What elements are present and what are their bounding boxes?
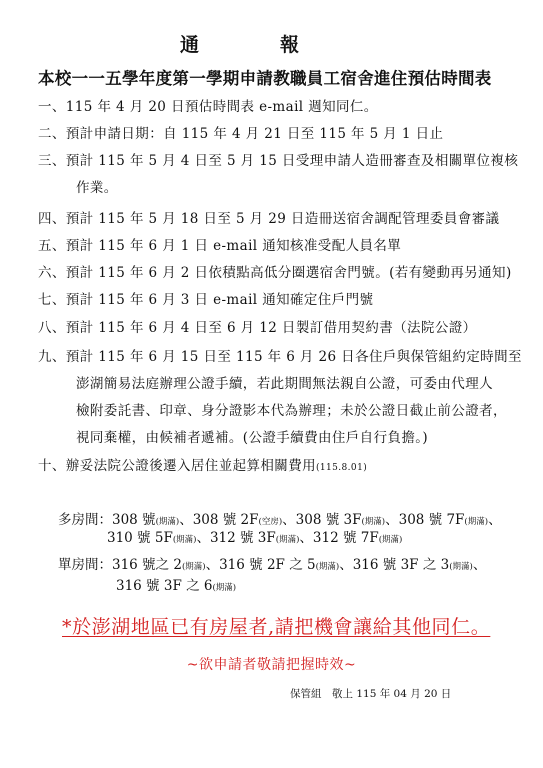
schedule-item-1: 一、115 年 4 月 20 日預估時間表 e-mail 週知同仁。 bbox=[38, 95, 378, 115]
single-room-line-2: 316 號 3F 之 6(期滿) bbox=[116, 574, 236, 594]
room-status: (期滿) bbox=[276, 535, 300, 545]
schedule-item-9: 九、預計 115 年 6 月 15 日至 115 年 6 月 26 日各住戶與保… bbox=[38, 345, 522, 365]
room: 、312 號 3F bbox=[196, 530, 275, 546]
schedule-item-9-cont-2: 檢附委託書、印章、身分證影本代為辦理；未於公證日截止前公證者， bbox=[76, 399, 507, 419]
room-status: (期滿) bbox=[182, 562, 206, 572]
red-notice: *於澎湖地區已有房屋者,請把機會讓給其他同仁。 bbox=[62, 612, 490, 639]
schedule-item-10-date: (115.8.01) bbox=[316, 463, 367, 473]
schedule-item-9-cont-1: 澎湖簡易法庭辦理公證手續，若此期間無法親自公證，可委由代理人 bbox=[76, 372, 493, 392]
notice-document: 通 報 本校一一五學年度第一學期申請教職員工宿舍進住預估時間表 一、115 年 … bbox=[0, 0, 543, 768]
multi-room-line-1: 多房間：308 號(期滿)、308 號 2F(空房)、308 號 3F(期滿)、… bbox=[58, 508, 502, 528]
room: 、316 號 3F 之 3 bbox=[339, 557, 449, 573]
room-status: (期滿) bbox=[449, 562, 473, 572]
room: 、312 號 7F bbox=[299, 530, 378, 546]
schedule-item-9-cont-3: 視同棄權，由候補者遞補。(公證手續費由住戶自行負擔。) bbox=[76, 426, 428, 446]
room-status: (期滿) bbox=[316, 562, 340, 572]
document-subtitle: 本校一一五學年度第一學期申請教職員工宿舍進住預估時間表 bbox=[38, 65, 492, 89]
schedule-item-2: 二、預計申請日期：自 115 年 4 月 21 日至 115 年 5 月 1 日… bbox=[38, 122, 443, 142]
red-notice-subtext: ~欲申請者敬請把握時效~ bbox=[0, 654, 543, 674]
single-room-line-1: 單房間：316 號之 2(期滿)、316 號 2F 之 5(期滿)、316 號 … bbox=[58, 553, 486, 573]
title-char-2: 報 bbox=[280, 30, 299, 57]
room-status: (期滿) bbox=[379, 535, 403, 545]
separator: 、 bbox=[488, 512, 502, 528]
room: 316 號之 2 bbox=[112, 557, 182, 573]
document-title: 通 報 bbox=[0, 30, 543, 54]
separator: 、 bbox=[473, 557, 487, 573]
room: 、316 號 2F 之 5 bbox=[206, 557, 316, 573]
signature-line: 保管組 敬上 115 年 04 月 20 日 bbox=[290, 686, 451, 701]
schedule-item-5: 五、預計 115 年 6 月 1 日 e-mail 通知核准受配人員名單 bbox=[38, 234, 401, 254]
multi-room-line-2: 310 號 5F(期滿)、312 號 3F(期滿)、312 號 7F(期滿) bbox=[107, 526, 402, 546]
room: 316 號 3F 之 6 bbox=[116, 578, 212, 594]
room-status: (期滿) bbox=[173, 535, 197, 545]
schedule-item-10: 十、辦妥法院公證後遷入居住並起算相關費用(115.8.01) bbox=[38, 454, 367, 474]
room-status: (期滿) bbox=[464, 517, 488, 527]
single-room-label: 單房間： bbox=[58, 557, 112, 573]
schedule-item-4: 四、預計 115 年 5 月 18 日至 5 月 29 日造冊送宿舍調配管理委員… bbox=[38, 207, 499, 227]
schedule-item-7: 七、預計 115 年 6 月 3 日 e-mail 通知確定住戶門號 bbox=[38, 288, 373, 308]
schedule-item-6: 六、預計 115 年 6 月 2 日依積點高低分圈選宿舍門號。(若有變動再另通知… bbox=[38, 261, 512, 281]
schedule-item-3: 三、預計 115 年 5 月 4 日至 5 月 15 日受理申請人造冊審查及相關… bbox=[38, 149, 518, 169]
schedule-item-8: 八、預計 115 年 6 月 4 日至 6 月 12 日製訂借用契約書（法院公證… bbox=[38, 316, 477, 336]
schedule-item-10-text: 十、辦妥法院公證後遷入居住並起算相關費用 bbox=[38, 458, 316, 474]
room: 310 號 5F bbox=[107, 530, 173, 546]
multi-room-label: 多房間： bbox=[58, 512, 112, 528]
title-char-1: 通 bbox=[180, 30, 199, 57]
schedule-item-3-cont: 作業。 bbox=[76, 176, 118, 196]
room-status: (期滿) bbox=[212, 583, 236, 593]
